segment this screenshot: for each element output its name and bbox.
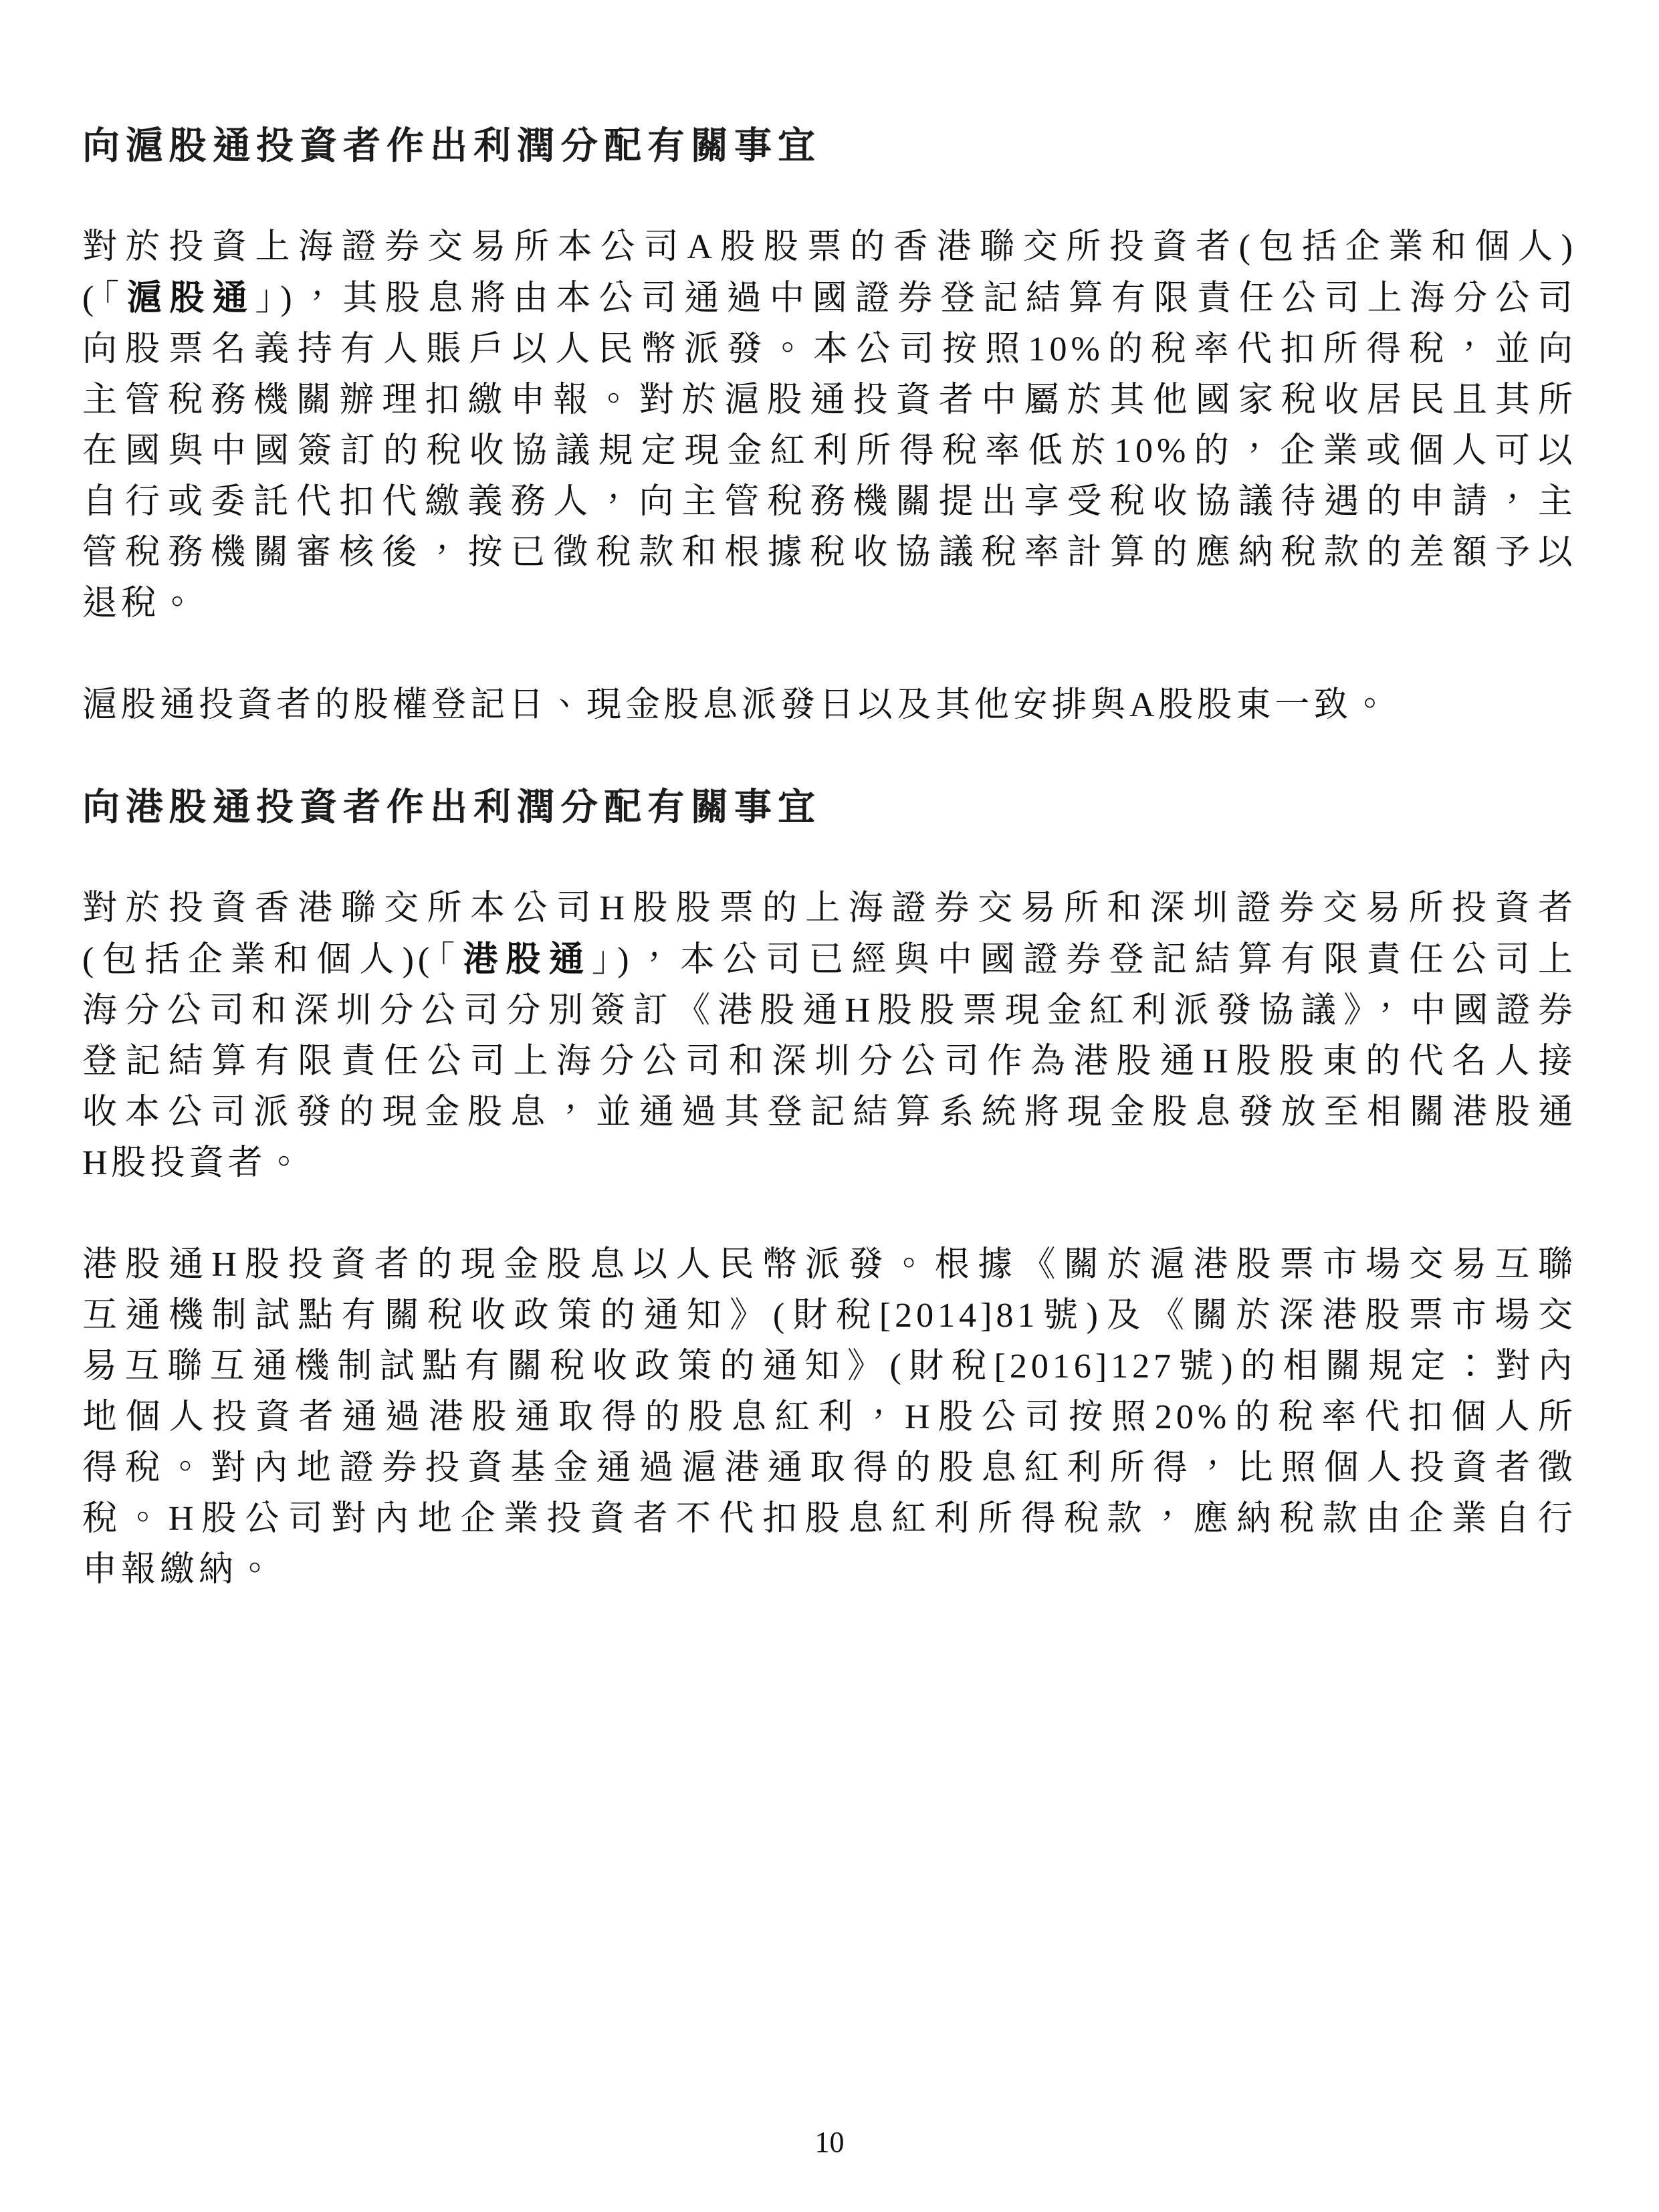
text-run: (包括企業和個人)(「: [82, 941, 463, 979]
paragraph-line: 互通機制試點有關稅收政策的通知》(財稅[2014]81號)及《關於深港股票市場交: [82, 1291, 1577, 1341]
bold-term-shanghai-connect: 滬股通: [127, 279, 255, 318]
paragraph-line: 滬股通投資者的股權登記日、現金股息派發日以及其他安排與A股股東一致。: [82, 680, 1577, 731]
paragraph-line: 主管稅務機關辦理扣繳申報。對於滬股通投資者中屬於其他國家稅收居民且其所: [82, 375, 1577, 426]
paragraph-line: 海分公司和深圳分公司分別簽訂《港股通H股股票現金紅利派發協議》，中國證券: [82, 986, 1577, 1036]
bold-term-hk-connect: 港股通: [463, 940, 592, 979]
paragraph-line: 港股通H股投資者的現金股息以人民幣派發。根據《關於滬港股票市場交易互聯: [82, 1240, 1577, 1291]
paragraph-line: 管稅務機關審核後，按已徵稅款和根據稅收協議稅率計算的應納稅款的差額予以: [82, 528, 1577, 578]
paragraph-line: 易互聯互通機制試點有關稅收政策的通知》(財稅[2016]127號)的相關規定：對…: [82, 1341, 1577, 1392]
page-number: 10: [0, 2125, 1659, 2159]
paragraph-hk-connect-agreement: 對於投資香港聯交所本公司H股股票的上海證券交易所和深圳證券交易所投資者 (包括企…: [82, 883, 1577, 1189]
document-page: 向滬股通投資者作出利潤分配有關事宜 對於投資上海證券交易所本公司A股股票的香港聯…: [0, 0, 1659, 2212]
section-heading-shanghai-connect: 向滬股通投資者作出利潤分配有關事宜: [82, 120, 1577, 171]
paragraph-line: 稅。H股公司對內地企業投資者不代扣股息紅利所得稅款，應納稅款由企業自行: [82, 1494, 1577, 1545]
paragraph-line: 自行或委託代扣代繳義務人，向主管稅務機關提出享受稅收協議待遇的申請，主: [82, 477, 1577, 528]
paragraph-line: 在國與中國簽訂的稅收協議規定現金紅利所得稅率低於10%的，企業或個人可以: [82, 426, 1577, 477]
paragraph-line: 退稅。: [82, 578, 1577, 629]
paragraph-line: 對於投資香港聯交所本公司H股股票的上海證券交易所和深圳證券交易所投資者: [82, 883, 1577, 934]
paragraph-line: 登記結算有限責任公司上海分公司和深圳分公司作為港股通H股股東的代名人接: [82, 1036, 1577, 1087]
section-heading-hk-connect: 向港股通投資者作出利潤分配有關事宜: [82, 782, 1577, 833]
paragraph-line: 申報繳納。: [82, 1545, 1577, 1595]
paragraph-line: (「滬股通」)，其股息將由本公司通過中國證券登記結算有限責任公司上海分公司: [82, 273, 1577, 324]
text-run: 」)，其股息將由本公司通過中國證券登記結算有限責任公司上海分公司: [255, 280, 1577, 318]
paragraph-line: H股投資者。: [82, 1138, 1577, 1189]
text-run: 」)，本公司已經與中國證券登記結算有限責任公司上: [592, 941, 1577, 979]
paragraph-line: 對於投資上海證券交易所本公司A股股票的香港聯交所投資者(包括企業和個人): [82, 222, 1577, 273]
paragraph-line: 得稅。對內地證券投資基金通過滬港通取得的股息紅利所得，比照個人投資者徵: [82, 1443, 1577, 1494]
paragraph-shanghai-connect-record-date: 滬股通投資者的股權登記日、現金股息派發日以及其他安排與A股股東一致。: [82, 680, 1577, 731]
paragraph-hk-connect-tax: 港股通H股投資者的現金股息以人民幣派發。根據《關於滬港股票市場交易互聯 互通機制…: [82, 1240, 1577, 1595]
paragraph-line: 收本公司派發的現金股息，並通過其登記結算系統將現金股息發放至相關港股通: [82, 1087, 1577, 1138]
paragraph-line: 向股票名義持有人賬戶以人民幣派發。本公司按照10%的稅率代扣所得稅，並向: [82, 324, 1577, 375]
paragraph-shanghai-connect-tax: 對於投資上海證券交易所本公司A股股票的香港聯交所投資者(包括企業和個人) (「滬…: [82, 222, 1577, 629]
paragraph-line: (包括企業和個人)(「港股通」)，本公司已經與中國證券登記結算有限責任公司上: [82, 934, 1577, 986]
text-run: (「: [82, 280, 127, 318]
paragraph-line: 地個人投資者通過港股通取得的股息紅利，H股公司按照20%的稅率代扣個人所: [82, 1392, 1577, 1443]
